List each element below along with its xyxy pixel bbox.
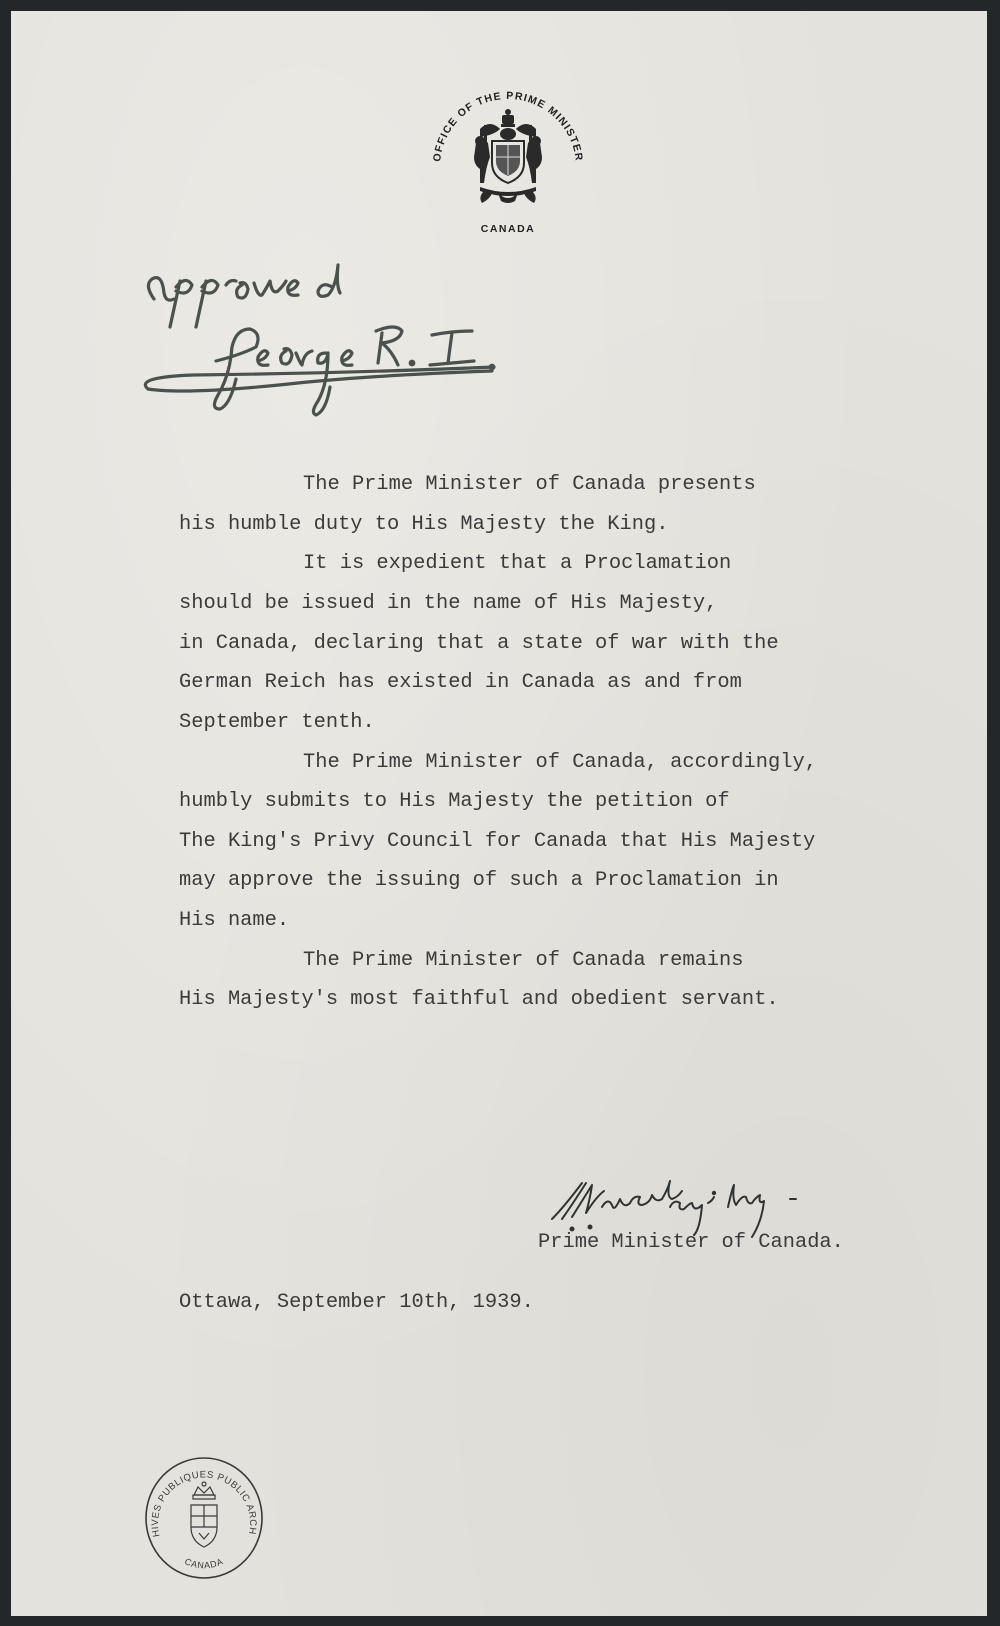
svg-text:ARCHIVES PUBLIQUES PUBLIC ARCH: ARCHIVES PUBLIQUES PUBLIC ARCHIVES xyxy=(141,1455,258,1538)
body-line: His name. xyxy=(179,909,289,933)
body-line: in Canada, declaring that a state of war… xyxy=(179,632,779,656)
royal-approval-handwriting: approved George R.I xyxy=(136,251,556,421)
body-line: It is expedient that a Proclamation xyxy=(303,552,731,576)
body-line: The King's Privy Council for Canada that… xyxy=(179,830,815,854)
stamp-top-text: ARCHIVES PUBLIQUES PUBLIC ARCHIVES xyxy=(141,1455,258,1538)
letterhead-country-text: CANADA xyxy=(481,223,536,235)
letterhead: OFFICE OF THE PRIME MINISTER xyxy=(418,79,598,239)
body-line: The Prime Minister of Canada, accordingl… xyxy=(303,751,817,775)
body-line: September tenth. xyxy=(179,711,375,735)
dateline: Ottawa, September 10th, 1939. xyxy=(179,1291,534,1315)
body-line: his humble duty to His Majesty the King. xyxy=(179,513,668,537)
body-line: The Prime Minister of Canada presents xyxy=(303,473,756,497)
body-line: The Prime Minister of Canada remains xyxy=(303,949,744,973)
signatory-title: Prime Minister of Canada. xyxy=(538,1231,844,1255)
handwritten-approval-icon: approved George R.I xyxy=(136,251,556,421)
body-line: may approve the issuing of such a Procla… xyxy=(179,869,779,893)
body-line: humbly submits to His Majesty the petiti… xyxy=(179,790,730,814)
body-line: should be issued in the name of His Maje… xyxy=(179,592,717,616)
svg-text:CANADA: CANADA xyxy=(183,1556,224,1570)
document-page: OFFICE OF THE PRIME MINISTER xyxy=(11,11,987,1616)
body-line: His Majesty's most faithful and obedient… xyxy=(179,988,779,1012)
archives-seal-icon: ARCHIVES PUBLIQUES PUBLIC ARCHIVES CANAD… xyxy=(141,1455,267,1581)
coat-of-arms-icon: OFFICE OF THE PRIME MINISTER xyxy=(418,79,598,239)
public-archives-stamp: ARCHIVES PUBLIQUES PUBLIC ARCHIVES CANAD… xyxy=(141,1455,267,1581)
body-line: German Reich has existed in Canada as an… xyxy=(179,671,742,695)
stamp-bottom-text: CANADA xyxy=(183,1556,224,1570)
